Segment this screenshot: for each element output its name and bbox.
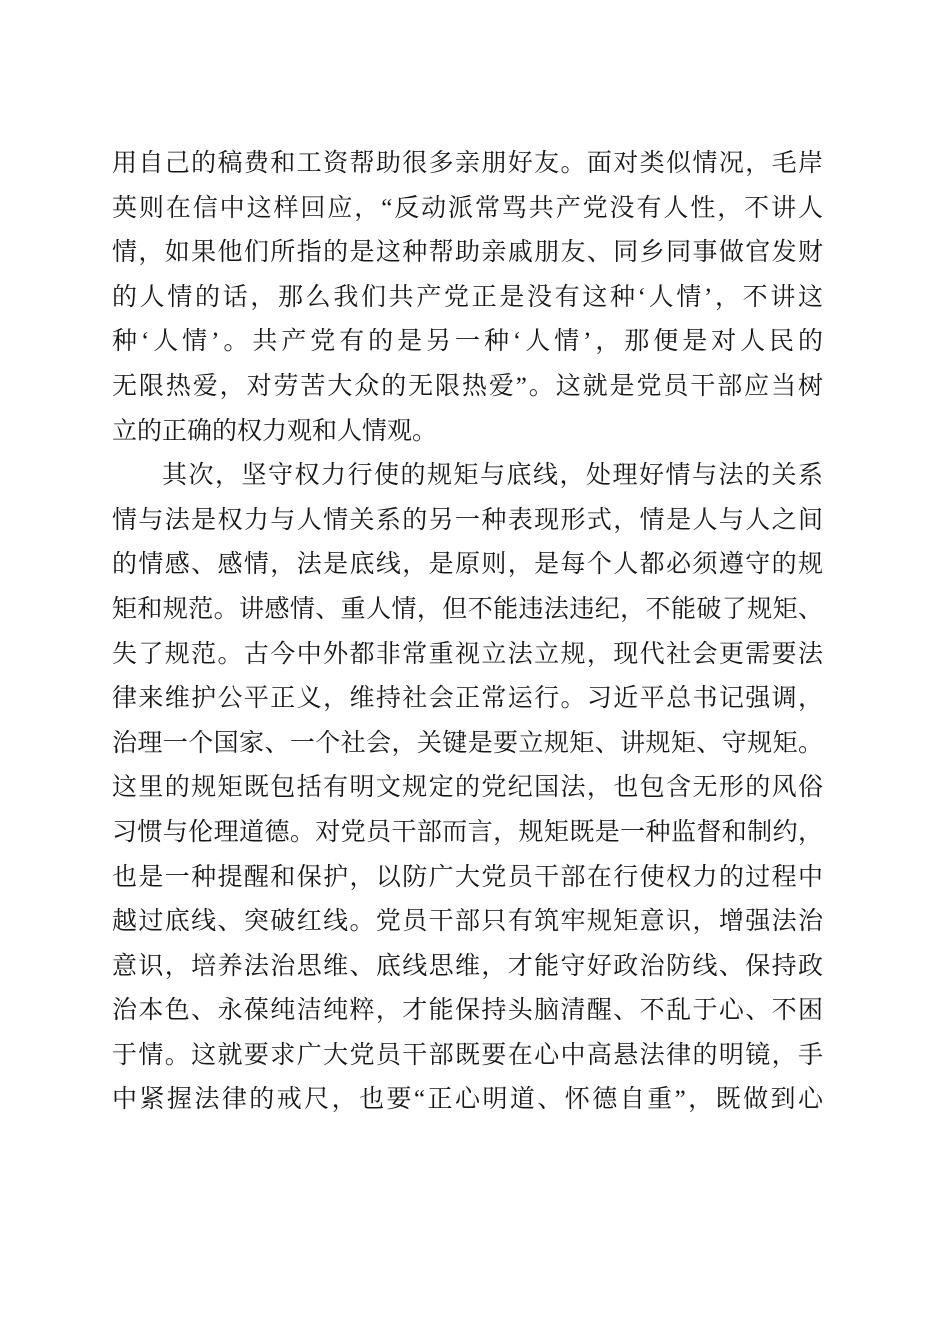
text-body: 用自己的稿费和工资帮助很多亲朋好友。面对类似情况，毛岸 英则在信中这样回应，“反… (112, 142, 823, 1123)
text-line: 越过底线、突破红线。党员干部只有筑牢规矩意识，增强法治 (112, 900, 823, 945)
text-line: 失了规范。古今中外都非常重视立法立规，现代社会更需要法 (112, 633, 823, 678)
document-page: 用自己的稿费和工资帮助很多亲朋好友。面对类似情况，毛岸 英则在信中这样回应，“反… (0, 0, 950, 1344)
text-line: 的人情的话，那么我们共产党正是没有这种‘人情’，不讲这 (112, 276, 823, 321)
text-line: 也是一种提醒和保护，以防广大党员干部在行使权力的过程中 (112, 856, 823, 901)
text-line: 这里的规矩既包括有明文规定的党纪国法，也包含无形的风俗 (112, 766, 823, 811)
text-line: 治理一个国家、一个社会，关键是要立规矩、讲规矩、守规矩。 (112, 722, 823, 767)
text-line: 的情感、感情，法是底线，是原则，是每个人都必须遵守的规 (112, 543, 823, 588)
text-line: 种‘人情’。共产党有的是另一种‘人情’，那便是对人民的 (112, 320, 823, 365)
text-line: 英则在信中这样回应，“反动派常骂共产党没有人性，不讲人 (112, 187, 823, 232)
text-line: 情与法是权力与人情关系的另一种表现形式，情是人与人之间 (112, 499, 823, 544)
text-line: 矩和规范。讲感情、重人情，但不能违法违纪，不能破了规矩、 (112, 588, 823, 633)
text-line: 无限热爱，对劳苦大众的无限热爱”。这就是党员干部应当树 (112, 365, 823, 410)
text-line: 用自己的稿费和工资帮助很多亲朋好友。面对类似情况，毛岸 (112, 142, 823, 187)
text-line: 立的正确的权力观和人情观。 (112, 410, 823, 455)
text-line: 律来维护公平正义，维持社会正常运行。习近平总书记强调， (112, 677, 823, 722)
text-line: 于情。这就要求广大党员干部既要在心中高悬法律的明镜，手 (112, 1034, 823, 1079)
paragraph-1: 用自己的稿费和工资帮助很多亲朋好友。面对类似情况，毛岸 英则在信中这样回应，“反… (112, 142, 823, 454)
paragraph-2: 其次，坚守权力行使的规矩与底线，处理好情与法的关系 情与法是权力与人情关系的另一… (112, 454, 823, 1123)
text-line: 意识，培养法治思维、底线思维，才能守好政治防线、保持政 (112, 945, 823, 990)
text-line: 习惯与伦理道德。对党员干部而言，规矩既是一种监督和制约， (112, 811, 823, 856)
text-line: 情，如果他们所指的是这种帮助亲戚朋友、同乡同事做官发财 (112, 231, 823, 276)
text-line: 治本色、永葆纯洁纯粹，才能保持头脑清醒、不乱于心、不困 (112, 989, 823, 1034)
text-line: 中紧握法律的戒尺，也要“正心明道、怀德自重”，既做到心 (112, 1078, 823, 1123)
text-line: 其次，坚守权力行使的规矩与底线，处理好情与法的关系 (112, 454, 823, 499)
